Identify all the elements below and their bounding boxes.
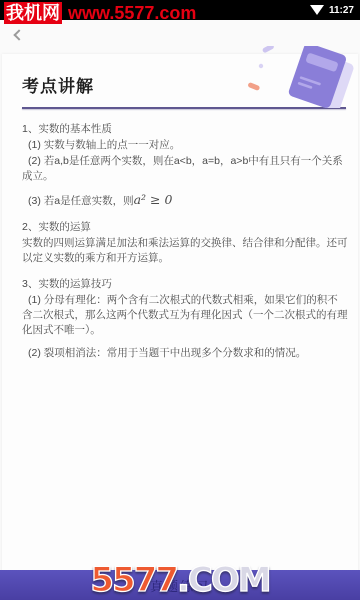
back-button[interactable]: [8, 25, 30, 47]
content-item: (1) 实数与数轴上的点一一对应。: [22, 138, 348, 153]
content-card: 考点讲解 1、实数的基本性质(1) 实数与数轴上的点一一对应。(2) 若a,b是…: [2, 54, 358, 600]
site-banner-badge: 我机网: [4, 2, 62, 24]
content-item: (2) 裂项相消法：常用于当题干中出现多个分数求和的情况。: [22, 346, 348, 361]
section-heading: 2、实数的运算: [22, 220, 348, 235]
content-item-text: (2) 若a,b是任意两个实数，则在a<b，a=b，a>b中有且只有一个关系成立…: [22, 155, 343, 182]
card-header: 考点讲解: [2, 54, 358, 109]
content-item: 实数的四则运算满足加法和乘法运算的交换律、结合律和分配律。还可以定义实数的乘方和…: [22, 236, 348, 266]
sections-container: 1、实数的基本性质(1) 实数与数轴上的点一一对应。(2) 若a,b是任意两个实…: [2, 109, 358, 361]
section-heading: 3、实数的运算技巧: [22, 277, 348, 292]
content-item-text: (3) 若a是任意实数，则: [28, 195, 134, 207]
practice-button[interactable]: 真题练习: [0, 570, 360, 600]
status-right-cluster: 11:27: [310, 0, 354, 20]
site-banner[interactable]: 我机网 www.5577.com: [4, 2, 196, 24]
section-heading: 1、实数的基本性质: [22, 122, 348, 137]
section: 1、实数的基本性质(1) 实数与数轴上的点一一对应。(2) 若a,b是任意两个实…: [22, 122, 348, 209]
back-chevron-icon: [13, 29, 24, 40]
site-banner-url: www.5577.com: [68, 2, 196, 24]
content-item-text: (1) 实数与数轴上的点一一对应。: [28, 139, 180, 151]
section: 2、实数的运算实数的四则运算满足加法和乘法运算的交换律、结合律和分配律。还可以定…: [22, 220, 348, 266]
section: 3、实数的运算技巧(1) 分母有理化：两个含有二次根式的代数式相乘，如果它们的积…: [22, 277, 348, 361]
content-item: (1) 分母有理化：两个含有二次根式的代数式相乘，如果它们的积不含二次根式，那么…: [22, 293, 348, 338]
content-item-text: (1) 分母有理化：两个含有二次根式的代数式相乘，如果它们的积不含二次根式，那么…: [22, 294, 348, 336]
content-item: (3) 若a是任意实数，则a² ≥ 0: [22, 192, 348, 209]
status-time: 11:27: [329, 5, 354, 16]
math-formula: a² ≥ 0: [134, 192, 173, 207]
content-item: (2) 若a,b是任意两个实数，则在a<b，a=b，a>b中有且只有一个关系成立…: [22, 154, 348, 184]
screen: 11:27 我机网 www.5577.com 考点讲解: [0, 0, 360, 600]
bottom-action-bar: 真题练习: [0, 570, 360, 600]
wifi-icon: [310, 5, 324, 15]
content-item-text: 实数的四则运算满足加法和乘法运算的交换律、结合律和分配律。还可以定义实数的乘方和…: [22, 237, 348, 264]
notebook-icon: [248, 46, 356, 108]
content-item-text: (2) 裂项相消法：常用于当题干中出现多个分数求和的情况。: [28, 347, 306, 359]
